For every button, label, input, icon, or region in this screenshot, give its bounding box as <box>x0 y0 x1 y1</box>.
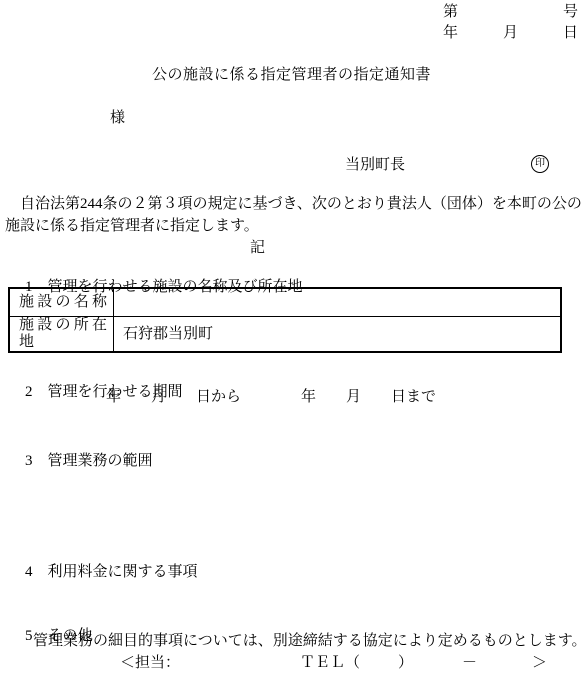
facility-address-label-cell: 施設の所在地 <box>9 317 114 353</box>
doc-number-blank-line: 第 号 <box>443 4 578 21</box>
section3-number: 3 <box>25 453 33 470</box>
contact-paren-close: ） <box>398 655 413 672</box>
table-row-facility-address: 施設の所在地 石狩郡当別町 <box>9 317 561 353</box>
contact-dash: － <box>462 655 477 672</box>
section5-number: 5 <box>25 628 33 645</box>
section4-title: 利用料金に関する事項 <box>48 564 198 581</box>
contact-tel-label: ＴＥＬ（ <box>300 655 360 672</box>
body-paragraph-line1: 自治法第244条の２第３項の規定に基づき、次のとおり貴法人（団体）を本町の公の <box>5 196 582 213</box>
section5-note: 管理業務の細目的事項については、別途締結する協定により定めるものとします。 <box>33 633 583 650</box>
doc-date-blank-line: 年 月 日 <box>443 25 578 42</box>
addressee-sama-label: 様 <box>110 110 125 127</box>
section4-number: 4 <box>25 564 33 581</box>
table-row-facility-name: 施設の名称 <box>9 288 561 317</box>
facility-address-label: 施設の所在地 <box>19 317 107 351</box>
notification-document-page: 第 号 年 月 日 公の施設に係る指定管理者の指定通知書 様 当別町長 印 自治… <box>0 0 583 675</box>
contact-prefix-label: ＜担当： <box>120 655 180 672</box>
facility-name-label-cell: 施設の名称 <box>9 288 114 317</box>
facility-address-value-cell: 石狩郡当別町 <box>114 317 562 353</box>
section3-title: 管理業務の範囲 <box>48 453 153 470</box>
section4-heading: 4利用料金に関する事項 <box>10 547 198 598</box>
body-paragraph-line2: 施設に係る指定管理者に指定します。 <box>5 218 259 235</box>
section2-number: 2 <box>25 384 33 401</box>
document-title: 公の施設に係る指定管理者の指定通知書 <box>0 67 583 84</box>
sender-mayor-label: 当別町長 <box>345 157 405 174</box>
management-period-blank-line: 年 月 日から 年 月 日まで <box>106 389 436 406</box>
seal-icon: 印 <box>531 155 549 173</box>
facility-table: 施設の名称 施設の所在地 石狩郡当別町 <box>8 287 562 353</box>
contact-bracket-close: ＞ <box>532 655 547 672</box>
facility-name-label: 施設の名称 <box>19 294 107 311</box>
section3-heading: 3管理業務の範囲 <box>10 436 153 487</box>
facility-name-value-cell <box>114 288 562 317</box>
record-marker-ki: 記 <box>250 240 265 257</box>
